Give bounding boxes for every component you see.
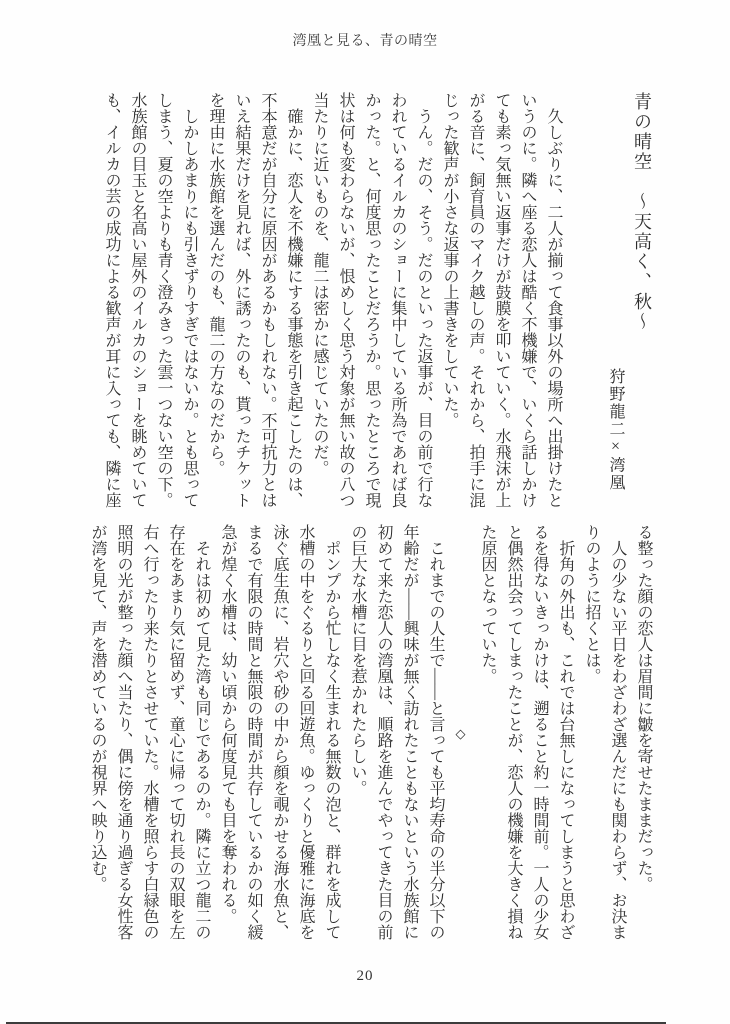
pairing-label: 狩野龍二×湾凰	[602, 92, 628, 512]
book-page: 湾凰と見る、青の晴空 青の晴空 ～天高く、秋～ 狩野龍二×湾凰 久しぶりに、二人…	[0, 0, 730, 1024]
text-block-bottom: る整った顔の恋人は眉間に皺を寄せたままだった。 人の少ない平日をわざわざ選んだに…	[84, 524, 656, 944]
running-header: 湾凰と見る、青の晴空	[0, 30, 730, 50]
body-text-top: 久しぶりに、二人が揃って食事以外の場所へ出掛けたというのに。隣へ座る恋人は酷く不…	[98, 92, 566, 512]
text-block-top: 青の晴空 ～天高く、秋～ 狩野龍二×湾凰 久しぶりに、二人が揃って食事以外の場所…	[98, 92, 656, 512]
story-title: 青の晴空 ～天高く、秋～	[628, 92, 656, 512]
body-text-bottom-first: る整った顔の恋人は眉間に皺を寄せたままだった。 人の少ない平日をわざわざ選んだに…	[474, 524, 656, 944]
body-text-bottom-second: これまでの人生で――と言っても平均寿命の半分以下の年齢だが――興味が無く訪れたこ…	[84, 524, 448, 944]
page-number: 20	[0, 968, 730, 985]
scene-divider: ◇	[448, 524, 474, 944]
